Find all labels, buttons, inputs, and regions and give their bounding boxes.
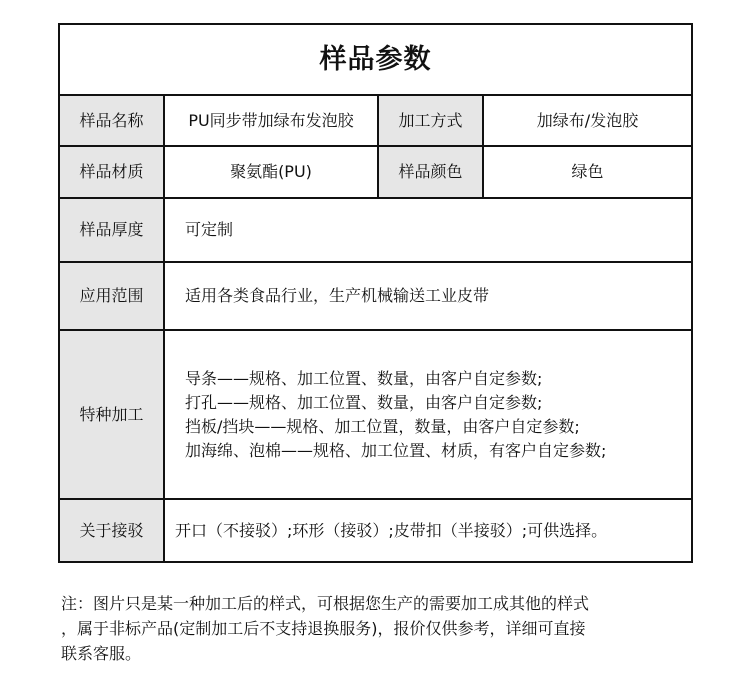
value-material: 聚氨酯(PU) xyxy=(164,146,378,198)
note-line: 注：图片只是某一种加工后的样式，可根据您生产的需要加工成其他的样式 xyxy=(61,591,701,616)
disclaimer-note: 注：图片只是某一种加工后的样式，可根据您生产的需要加工成其他的样式 ，属于非标产… xyxy=(61,591,701,666)
value-thickness: 可定制 xyxy=(164,198,692,262)
special-processing-line: 加海绵、泡棉——规格、加工位置、材质，有客户自定参数; xyxy=(185,439,691,463)
table-row-application: 应用范围 适用各类食品行业，生产机械输送工业皮带 xyxy=(59,262,692,330)
table-row-material: 样品材质 聚氨酯(PU) 样品颜色 绿色 xyxy=(59,146,692,198)
value-splicing: 开口（不接驳）;环形（接驳）;皮带扣（半接驳）;可供选择。 xyxy=(164,499,692,562)
value-processing-method: 加绿布/发泡胶 xyxy=(483,95,692,146)
table-title: 样品参数 xyxy=(59,24,692,95)
label-splicing: 关于接驳 xyxy=(59,499,164,562)
label-material: 样品材质 xyxy=(59,146,164,198)
special-processing-line: 打孔——规格、加工位置、数量，由客户自定参数; xyxy=(185,391,691,415)
title-row: 样品参数 xyxy=(59,24,692,95)
label-thickness: 样品厚度 xyxy=(59,198,164,262)
label-processing-method: 加工方式 xyxy=(378,95,483,146)
special-processing-line: 导条——规格、加工位置、数量，由客户自定参数; xyxy=(185,367,691,391)
special-processing-line: 挡板/挡块——规格、加工位置，数量，由客户自定参数; xyxy=(185,415,691,439)
note-line: 联系客服。 xyxy=(61,641,701,666)
table-row-splicing: 关于接驳 开口（不接驳）;环形（接驳）;皮带扣（半接驳）;可供选择。 xyxy=(59,499,692,562)
value-sample-name: PU同步带加绿布发泡胶 xyxy=(164,95,378,146)
spec-table: 样品参数 样品名称 PU同步带加绿布发泡胶 加工方式 加绿布/发泡胶 样品材质 … xyxy=(58,23,693,563)
table-row-special-processing: 特种加工 导条——规格、加工位置、数量，由客户自定参数; 打孔——规格、加工位置… xyxy=(59,330,692,499)
table-row-thickness: 样品厚度 可定制 xyxy=(59,198,692,262)
table-row-sample-name: 样品名称 PU同步带加绿布发泡胶 加工方式 加绿布/发泡胶 xyxy=(59,95,692,146)
value-color: 绿色 xyxy=(483,146,692,198)
label-color: 样品颜色 xyxy=(378,146,483,198)
value-application: 适用各类食品行业，生产机械输送工业皮带 xyxy=(164,262,692,330)
label-sample-name: 样品名称 xyxy=(59,95,164,146)
label-application: 应用范围 xyxy=(59,262,164,330)
value-special-processing: 导条——规格、加工位置、数量，由客户自定参数; 打孔——规格、加工位置、数量，由… xyxy=(164,330,692,499)
label-special-processing: 特种加工 xyxy=(59,330,164,499)
note-line: ，属于非标产品(定制加工后不支持退换服务)，报价仅供参考，详细可直接 xyxy=(61,616,701,641)
